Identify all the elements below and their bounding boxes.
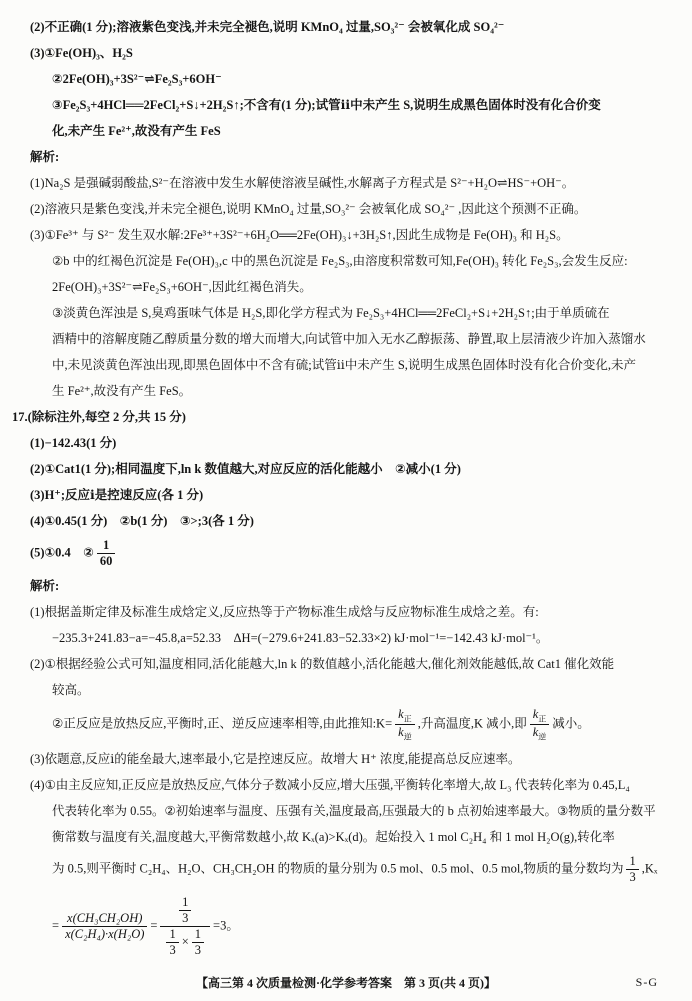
q16-answer-part3-3-continuation: 化,未产生 Fe²⁺,故没有产生 FeS	[12, 118, 684, 144]
exam-answer-sheet-page: (2)不正确(1 分);溶液紫色变浅,并未完全褪色,说明 KMnO₄ 过量,SO…	[0, 0, 692, 1001]
equation-fragment: 为 0.5,则平衡时 C₂H₄、H₂O、CH₃CH₂OH 的物质的量分别为 0.…	[52, 862, 623, 876]
equation-fragment: ②正反应是放热反应,平衡时,正、逆反应速率相等,由此推知:K=	[52, 716, 392, 730]
q17-analysis-line-8: 代表转化率为 0.55。②初始速率与温度、压强有关,温度最高,压强最大的 b 点…	[12, 798, 684, 824]
q16-analysis-line-1: (1)Na₂S 是强碱弱酸盐,S²⁻在溶液中发生水解使溶液呈碱性,水解离子方程式…	[12, 170, 684, 196]
q16-answer-part3-3-equation: ③Fe₂S₃+4HCl══2FeCl₂+S↓+2H₂S↑;不含有(1 分);试管…	[12, 92, 684, 118]
analysis-label: 解析:	[12, 144, 684, 170]
q17-analysis-line-5-equilibrium: ②正反应是放热反应,平衡时,正、逆反应速率相等,由此推知:K=k正k逆,升高温度…	[12, 703, 684, 746]
q17-analysis-line-1: (1)根据盖斯定律及标准生成焓定义,反应热等于产物标准生成焓与反应物标准生成焓之…	[12, 599, 684, 625]
fraction-one-sixtieth: 160	[97, 538, 116, 569]
fraction-one-third: 13	[192, 927, 204, 958]
q17-answer-2: (2)①Cat1(1 分);相同温度下,ln k 数值越大,对应反应的活化能越小…	[12, 456, 684, 482]
q17-analysis-line-4: 较高。	[12, 677, 684, 703]
question-17-analysis: 解析: (1)根据盖斯定律及标准生成焓定义,反应热等于产物标准生成焓与反应物标准…	[12, 573, 684, 958]
fraction-one-third: 13	[166, 927, 178, 958]
q17-analysis-line-7: (4)①由主反应知,正反应是放热反应,气体分子数减小反应,增大压强,平衡转化率增…	[12, 772, 684, 798]
analysis-label: 解析:	[12, 573, 684, 599]
q17-answer-1: (1)−142.43(1 分)	[12, 430, 684, 456]
fraction-k-forward-over-k-reverse: k正k逆	[395, 707, 415, 742]
q16-analysis-line-7: 酒精中的溶解度随乙醇质量分数的增大而增大,向试管中加入无水乙醇振荡、静置,取上层…	[12, 326, 684, 352]
q16-analysis-line-2: (2)溶液只是紫色变浅,并未完全褪色,说明 KMnO₄ 过量,SO₃²⁻ 会被氧…	[12, 196, 684, 222]
footer-code: S-G	[636, 975, 658, 990]
q17-analysis-line-6: (3)依题意,反应ⅰ的能垒最大,速率最小,它是控速反应。故增大 H⁺ 浓度,能提…	[12, 746, 684, 772]
q16-answer-part2: (2)不正确(1 分);溶液紫色变浅,并未完全褪色,说明 KMnO₄ 过量,SO…	[12, 14, 684, 40]
q17-answer-3: (3)H⁺;反应ⅰ是控速反应(各 1 分)	[12, 482, 684, 508]
q16-analysis-line-9: 生 Fe²⁺,故没有产生 FeS。	[12, 378, 684, 404]
equation-result: =3。	[213, 919, 239, 933]
q17-header: 17.(除标注外,每空 2 分,共 15 分)	[12, 404, 684, 430]
q17-analysis-line-2-calculation: −235.3+241.83−a=−45.8,a=52.33 ΔH=(−279.6…	[12, 625, 684, 651]
fraction-nested: 1313×13	[160, 895, 210, 958]
q17-analysis-line-10: 为 0.5,则平衡时 C₂H₄、H₂O、CH₃CH₂OH 的物质的量分别为 0.…	[12, 850, 684, 889]
q17-answer-4: (4)①0.45(1 分) ②b(1 分) ③>;3(各 1 分)	[12, 508, 684, 534]
q16-answer-part3-1: (3)①Fe(OH)₃、H₂S	[12, 40, 684, 66]
equation-fragment: 减小。	[552, 716, 590, 730]
q17-answer-5-text: (5)①0.4 ②	[30, 545, 94, 559]
q17-analysis-line-3: (2)①根据经验公式可知,温度相同,活化能越大,ln k 的数值越小,活化能越大…	[12, 651, 684, 677]
q16-analysis-line-5-equation: 2Fe(OH)₃+3S²⁻⇌Fe₂S₃+6OH⁻,因此红褐色消失。	[12, 274, 684, 300]
fraction-mole-fractions: x(CH₃CH₂OH)x(C₂H₄)·x(H₂O)	[62, 911, 147, 942]
q17-analysis-line-9: 衡常数与温度有关,温度越大,平衡常数越小,故 Kₓ(a)>Kₓ(d)。起始投入 …	[12, 824, 684, 850]
q17-final-equation: =x(CH₃CH₂OH)x(C₂H₄)·x(H₂O)=1313×13=3。	[12, 895, 684, 958]
footer-title-and-page-number: 【高三第 4 次质量检测·化学参考答案 第 3 页(共 4 页)】	[0, 974, 692, 991]
q16-analysis-line-8: 中,未见淡黄色浑浊出现,即黑色固体中不含有硫;试管ⅱ中未产生 S,说明生成黑色固…	[12, 352, 684, 378]
q16-analysis-line-3: (3)①Fe³⁺ 与 S²⁻ 发生双水解:2Fe³⁺+3S²⁻+6H₂O══2F…	[12, 222, 684, 248]
question-16-answers: (2)不正确(1 分);溶液紫色变浅,并未完全褪色,说明 KMnO₄ 过量,SO…	[12, 14, 684, 144]
question-16-analysis: 解析: (1)Na₂S 是强碱弱酸盐,S²⁻在溶液中发生水解使溶液呈碱性,水解离…	[12, 144, 684, 404]
q16-answer-part3-2-equation: ②2Fe(OH)₃+3S²⁻⇌Fe₂S₃+6OH⁻	[12, 66, 684, 92]
page-footer: 【高三第 4 次质量检测·化学参考答案 第 3 页(共 4 页)】 S-G	[0, 974, 692, 991]
equation-fragment: ,Kₓ	[642, 862, 658, 876]
q16-analysis-line-4: ②b 中的红褐色沉淀是 Fe(OH)₃,c 中的黑色沉淀是 Fe₂S₃,由溶度积…	[12, 248, 684, 274]
equation-fragment: ,升高温度,K 减小,即	[418, 716, 527, 730]
equals-sign: =	[52, 919, 59, 933]
equals-sign: =	[150, 919, 157, 933]
question-17-answers: 17.(除标注外,每空 2 分,共 15 分) (1)−142.43(1 分) …	[12, 404, 684, 573]
fraction-one-third: 13	[626, 854, 638, 885]
fraction-one-third: 13	[179, 895, 191, 926]
times-sign: ×	[182, 935, 189, 949]
q17-answer-5: (5)①0.4 ②160	[12, 534, 684, 573]
document-body: (2)不正确(1 分);溶液紫色变浅,并未完全褪色,说明 KMnO₄ 过量,SO…	[0, 0, 692, 958]
fraction-k-forward-over-k-reverse: k正k逆	[530, 707, 550, 742]
q16-analysis-line-6: ③淡黄色浑浊是 S,臭鸡蛋味气体是 H₂S,即化学方程式为 Fe₂S₃+4HCl…	[12, 300, 684, 326]
